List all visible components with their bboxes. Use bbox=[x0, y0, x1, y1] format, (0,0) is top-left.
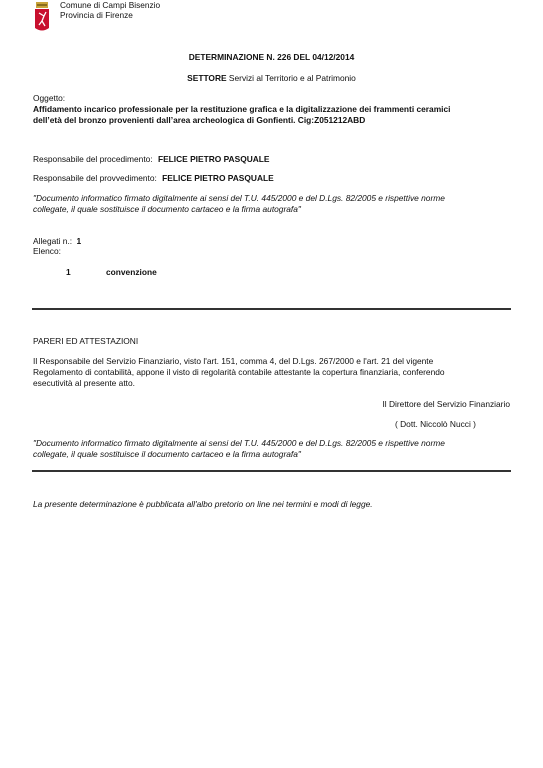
municipality-name: Comune di Campi Bisenzio bbox=[60, 0, 160, 11]
sector-line: SETTORE Servizi al Territorio e al Patri… bbox=[0, 73, 543, 83]
attachments-list-label: Elenco: bbox=[33, 246, 61, 256]
opinions-note-line-1: "Documento informatico firmato digitalme… bbox=[33, 438, 445, 448]
responsible-procedure-name: FELICE PIETRO PASQUALE bbox=[158, 154, 270, 164]
opinions-line-3: esecutività al presente atto. bbox=[33, 378, 135, 388]
section-divider bbox=[32, 470, 511, 472]
responsible-measure: Responsabile del provvedimento: FELICE P… bbox=[33, 173, 274, 183]
opinions-heading: PARERI ED ATTESTAZIONI bbox=[33, 336, 138, 346]
publication-note: La presente determinazione è pubblicata … bbox=[33, 499, 373, 509]
responsible-procedure-label: Responsabile del procedimento: bbox=[33, 154, 153, 164]
sector-label: SETTORE bbox=[187, 73, 226, 83]
section-divider bbox=[32, 308, 511, 310]
subject-line-1: Affidamento incarico professionale per l… bbox=[33, 104, 450, 114]
signature-note-line-1: "Documento informatico firmato digitalme… bbox=[33, 193, 445, 203]
document-title: DETERMINAZIONE N. 226 DEL 04/12/2014 bbox=[0, 52, 543, 62]
signer-role: Il Direttore del Servizio Finanziario bbox=[382, 399, 510, 409]
signature-note-line-2: collegate, il quale sostituisce il docum… bbox=[33, 204, 301, 214]
responsible-procedure: Responsabile del procedimento: FELICE PI… bbox=[33, 154, 270, 164]
province-name: Provincia di Firenze bbox=[60, 10, 133, 21]
municipal-crest-icon bbox=[34, 2, 50, 33]
opinions-note-line-2: collegate, il quale sostituisce il docum… bbox=[33, 449, 301, 459]
opinions-line-1: Il Responsabile del Servizio Finanziario… bbox=[33, 356, 433, 366]
responsible-measure-name: FELICE PIETRO PASQUALE bbox=[162, 173, 274, 183]
subject-label: Oggetto: bbox=[33, 93, 65, 103]
sector-value: Servizi al Territorio e al Patrimonio bbox=[229, 73, 356, 83]
attachment-number: 1 bbox=[66, 267, 71, 277]
attachments-count-label: Allegati n.: bbox=[33, 236, 72, 246]
signer-name: ( Dott. Niccolò Nucci ) bbox=[395, 419, 476, 429]
subject-line-2: dell’età del bronzo provenienti dall’are… bbox=[33, 115, 365, 125]
attachment-name: convenzione bbox=[106, 267, 157, 277]
attachments-count-value: 1 bbox=[76, 236, 81, 246]
attachments-count: Allegati n.: 1 bbox=[33, 236, 81, 246]
opinions-line-2: Regolamento di contabilità, appone il vi… bbox=[33, 367, 445, 377]
responsible-measure-label: Responsabile del provvedimento: bbox=[33, 173, 157, 183]
